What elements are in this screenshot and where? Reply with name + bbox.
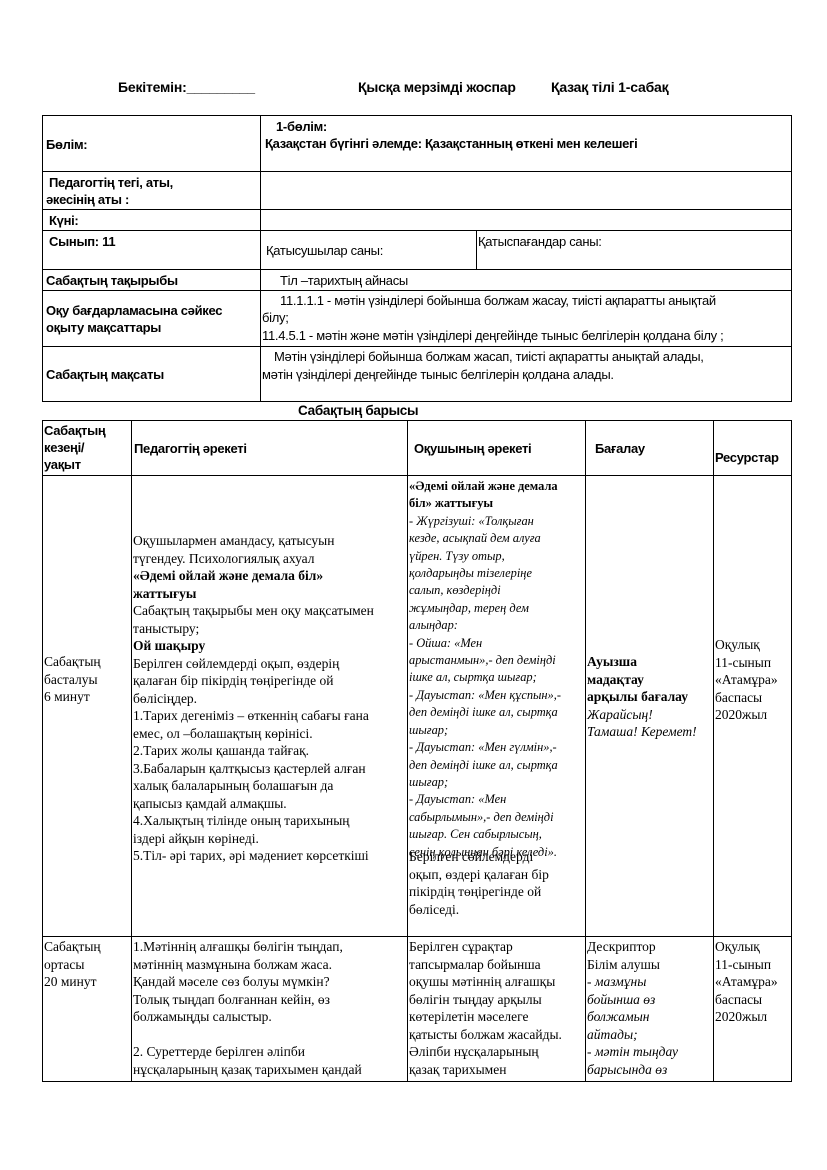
objectives-label-cell: Оқу бағдарламасына сәйкес оқыту мақсатта… <box>42 290 261 347</box>
text-line: «Атамұра» <box>715 671 778 689</box>
text-line: 1.Тарих дегеніміз – өткеннің сабағы ғана <box>133 707 374 725</box>
objective-2: 11.4.5.1 - мәтін және мәтін үзінділері д… <box>262 327 723 344</box>
date-value-field[interactable] <box>260 209 792 231</box>
text-line: 2020жыл <box>715 1008 778 1026</box>
header-assessment-text: Бағалау <box>595 440 645 457</box>
text-line: арыстанмын»,- деп деміңді <box>409 652 561 669</box>
text-line: басталуы <box>44 671 101 689</box>
header-resources: Ресурстар <box>713 420 792 476</box>
text-line: «Әдемі ойлай және демала біл» <box>133 567 374 585</box>
teacher-label-line2: әкесінің аты : <box>46 191 129 208</box>
row2-stage-cell: Сабақтыңортасы 20 минут <box>42 936 132 1082</box>
row1-teacher-action: Оқушылармен амандасу, қатысуынтүгендеу. … <box>133 532 374 865</box>
text-line: болжамын <box>587 1008 678 1026</box>
text-line: 11-сынып <box>715 654 778 672</box>
text-line: «Атамұра» <box>715 973 778 991</box>
row1-assessment-cell: Ауызшамадақтауарқылы бағалауЖарайсың!Там… <box>585 475 714 937</box>
section-title: Қазақстан бүгінгі әлемде: Қазақстанның ө… <box>265 135 637 152</box>
teacher-value-field[interactable] <box>260 171 792 210</box>
text-line: іздері айқын көрінеді. <box>133 830 374 848</box>
subject-title: Қазақ тілі 1-сабақ <box>551 79 668 95</box>
topic-label: Сабақтың тақырыбы <box>46 272 178 289</box>
text-line: жаттығуы <box>133 585 374 603</box>
row1-resources: Оқулық11-сынып«Атамұра»баспасы2020жыл <box>715 636 778 724</box>
row2-assessment-cell: ДескрипторБілім алушы- мазмұныбойынша өз… <box>585 936 714 1082</box>
header-teacher-action: Педагогтің әрекеті <box>131 420 408 476</box>
goal-label: Сабақтың мақсаты <box>46 366 164 383</box>
text-line: түгендеу. Психологиялық ахуал <box>133 550 374 568</box>
text-line: кезде, асықпай дем алуға <box>409 530 561 547</box>
text-line: ішке ал, сыртқа шығар; <box>409 669 561 686</box>
text-line: тапсырмалар бойынша <box>409 956 562 974</box>
row2-student-action: Берілген сұрақтартапсырмалар бойыншаоқуш… <box>409 938 562 1078</box>
objectives-label-line1: Оқу бағдарламасына сәйкес <box>46 302 222 319</box>
present-count-cell[interactable]: Қатысушылар саны: <box>260 230 477 270</box>
text-line: барысында өз <box>587 1061 678 1079</box>
text-line: - Дауыстап: «Мен <box>409 791 561 808</box>
text-line: «Әдемі ойлай және демала <box>409 478 561 495</box>
text-line: Білім алушы <box>587 956 678 974</box>
text-line: шығар; <box>409 722 561 739</box>
text-line: - Жүргізуші: «Толқыған <box>409 513 561 530</box>
text-line: Толық тыңдап болғаннан кейін, өз <box>133 991 362 1009</box>
text-line: мәтіннің мазмұнына болжам жаса. <box>133 956 362 974</box>
text-line: қатысты болжам жасайды. <box>409 1026 562 1044</box>
objective-1-line1: 11.1.1.1 - мәтін үзінділері бойынша болж… <box>280 292 716 309</box>
text-line: айтады; <box>587 1026 678 1044</box>
objectives-value-cell: 11.1.1.1 - мәтін үзінділері бойынша болж… <box>260 290 792 347</box>
text-line: Дескриптор <box>587 938 678 956</box>
goal-line2: мәтін үзінділері деңгейінде тыныс белгіл… <box>262 366 614 383</box>
text-line: Берілген сөйлемдерді <box>409 848 549 866</box>
header-resources-text: Ресурстар <box>715 449 779 466</box>
text-line: 1.Мәтіннің алғашқы бөлігін тыңдап, <box>133 938 362 956</box>
text-line: Жарайсың! <box>587 706 697 724</box>
row1-student-action: «Әдемі ойлай және демалабіл» жаттығуы- Ж… <box>409 478 561 861</box>
text-line: біл» жаттығуы <box>409 495 561 512</box>
text-line: қазақ тарихымен <box>409 1061 562 1079</box>
text-line: халық балаларының болашағын да <box>133 777 374 795</box>
text-line: Сабақтың <box>44 422 105 439</box>
row2-student-cell: Берілген сұрақтартапсырмалар бойыншаоқуш… <box>407 936 586 1082</box>
text-line: 2.Тарих жолы қашанда тайғақ. <box>133 742 374 760</box>
text-line: емес, ол –болашақтың көрінісі. <box>133 725 374 743</box>
goal-line1: Мәтін үзінділері бойынша болжам жасап, т… <box>274 348 704 365</box>
section-label: Бөлім: <box>46 136 87 153</box>
text-line: 6 минут <box>44 688 101 706</box>
text-line: бөлігін тыңдау арқылы <box>409 991 562 1009</box>
text-line: ортасы <box>44 956 101 974</box>
text-line: үйрен. Түзу отыр, <box>409 548 561 565</box>
text-line: қапысыз қамдай алмақшы. <box>133 795 374 813</box>
row1-assessment: Ауызшамадақтауарқылы бағалауЖарайсың!Там… <box>587 653 697 741</box>
text-line: оқып, өздері қалаған бір <box>409 866 549 884</box>
text-line: 5.Тіл- әрі тарих, әрі мәдениет көрсеткіш… <box>133 847 374 865</box>
date-label-cell: Күні: <box>42 209 261 231</box>
row1-teacher-cell: Оқушылармен амандасу, қатысуынтүгендеу. … <box>131 475 408 937</box>
text-line: арқылы бағалау <box>587 688 697 706</box>
text-line: шығар; <box>409 774 561 791</box>
text-line: Оқулық <box>715 636 778 654</box>
row2-teacher-action: 1.Мәтіннің алғашқы бөлігін тыңдап,мәтінн… <box>133 938 362 1078</box>
text-line: бойынша өз <box>587 991 678 1009</box>
text-line: бөліседі. <box>409 901 549 919</box>
row2-resources: Оқулық11-сынып«Атамұра»баспасы2020жыл <box>715 938 778 1026</box>
text-line: 20 минут <box>44 973 101 991</box>
goal-value-cell: Мәтін үзінділері бойынша болжам жасап, т… <box>260 346 792 402</box>
text-line: уақыт <box>44 456 105 473</box>
text-line: жұмыңдар, терең дем <box>409 600 561 617</box>
approval-label: Бекітемін:_________ <box>118 79 255 95</box>
text-line: - мәтін тыңдау <box>587 1043 678 1061</box>
text-line: Сабақтың тақырыбы мен оқу мақсатымен <box>133 602 374 620</box>
absent-count-label: Қатыспағандар саны: <box>478 233 602 250</box>
text-line: Оқушылармен амандасу, қатысуын <box>133 532 374 550</box>
absent-count-cell[interactable]: Қатыспағандар саны: <box>476 230 792 270</box>
text-line: нұсқаларының қазақ тарихымен қандай <box>133 1061 362 1079</box>
text-line: кезеңі/ <box>44 439 105 456</box>
text-line: Сабақтың <box>44 938 101 956</box>
text-line: пікірдің төңірегінде ой <box>409 883 549 901</box>
text-line: Ауызша <box>587 653 697 671</box>
row2-assessment: ДескрипторБілім алушы- мазмұныбойынша өз… <box>587 938 678 1078</box>
text-line: мадақтау <box>587 671 697 689</box>
section-number: 1-бөлім: <box>276 118 327 135</box>
text-line: алыңдар: <box>409 617 561 634</box>
topic-label-cell: Сабақтың тақырыбы <box>42 269 261 291</box>
row1-student-extra: Берілген сөйлемдердіоқып, өздері қалаған… <box>409 848 549 918</box>
row1-student-cell: «Әдемі ойлай және демалабіл» жаттығуы- Ж… <box>407 475 586 937</box>
text-line: Оқулық <box>715 938 778 956</box>
text-line: баспасы <box>715 689 778 707</box>
text-line: Берілген сұрақтар <box>409 938 562 956</box>
teacher-label-cell: Педагогтің тегі, аты, әкесінің аты : <box>42 171 261 210</box>
text-line: Берілген сөйлемдерді оқып, өздерің <box>133 655 374 673</box>
text-line: сабырлымын»,- деп деміңді <box>409 809 561 826</box>
text-line: - Дауыстап: «Мен құспын»,- <box>409 687 561 704</box>
text-line: бөлісіңдер. <box>133 690 374 708</box>
text-line: Сабақтың <box>44 653 101 671</box>
class-label-cell: Сынып: 11 <box>42 230 261 270</box>
text-line: салып, көздеріңді <box>409 582 561 599</box>
text-line: 3.Бабаларын қалтқысыз қастерлей алған <box>133 760 374 778</box>
text-line: Ой шақыру <box>133 637 374 655</box>
topic-value-cell: Тіл –тарихтың айнасы <box>260 269 792 291</box>
text-line: 2. Суреттерде берілген әліпби <box>133 1043 362 1061</box>
row2-teacher-cell: 1.Мәтіннің алғашқы бөлігін тыңдап,мәтінн… <box>131 936 408 1082</box>
header-assessment: Бағалау <box>585 420 714 476</box>
text-line: таныстыру; <box>133 620 374 638</box>
text-line: - мазмұны <box>587 973 678 991</box>
text-line: деп деміңді ішке ал, сыртқа <box>409 757 561 774</box>
text-line: шығар. Сен сабырлысың, <box>409 826 561 843</box>
progress-section-title: Сабақтың барысы <box>298 403 418 418</box>
plan-title: Қысқа мерзімді жоспар <box>358 79 516 95</box>
text-line: 4.Халықтың тілінде оның тарихының <box>133 812 374 830</box>
text-line: қалаған бір пікірдің төңірегінде ой <box>133 672 374 690</box>
header-teacher-action-text: Педагогтің әрекеті <box>134 440 247 457</box>
row1-stage-cell: Сабақтың басталуы 6 минут <box>42 475 132 937</box>
text-line: болжамыңды салыстыр. <box>133 1008 362 1026</box>
row2-resources-cell: Оқулық11-сынып«Атамұра»баспасы2020жыл <box>713 936 792 1082</box>
text-line: - Дауыстап: «Мен гүлмін»,- <box>409 739 561 756</box>
section-label-cell: Бөлім: <box>42 115 261 172</box>
topic-value: Тіл –тарихтың айнасы <box>280 272 408 289</box>
goal-label-cell: Сабақтың мақсаты <box>42 346 261 402</box>
text-line <box>133 1026 362 1044</box>
objectives-label-line2: оқыту мақсаттары <box>46 319 161 336</box>
text-line: қолдарыңды тізелеріңе <box>409 565 561 582</box>
text-line: Әліпби нұсқаларының <box>409 1043 562 1061</box>
text-line: 2020жыл <box>715 706 778 724</box>
text-line: оқушы мәтіннің алғашқы <box>409 973 562 991</box>
text-line: баспасы <box>715 991 778 1009</box>
row2-stage: Сабақтыңортасы 20 минут <box>44 938 101 991</box>
text-line: Тамаша! Керемет! <box>587 723 697 741</box>
text-line: Қандай мәселе сөз болуы мүмкін? <box>133 973 362 991</box>
header-stage: Сабақтыңкезеңі/уақыт <box>42 420 132 476</box>
date-label: Күні: <box>49 212 78 229</box>
text-line: деп деміңді ішке ал, сыртқа <box>409 704 561 721</box>
text-line: көтерілетін мәселеге <box>409 1008 562 1026</box>
row1-stage: Сабақтың басталуы 6 минут <box>44 653 101 706</box>
text-line: 11-сынып <box>715 956 778 974</box>
objective-1-line2: білу; <box>262 309 289 326</box>
teacher-label-line1: Педагогтің тегі, аты, <box>49 174 173 191</box>
present-count-label: Қатысушылар саны: <box>266 242 383 259</box>
class-label: Сынып: 11 <box>49 233 115 250</box>
section-value-cell: 1-бөлім: Қазақстан бүгінгі әлемде: Қазақ… <box>260 115 792 172</box>
row1-resources-cell: Оқулық11-сынып«Атамұра»баспасы2020жыл <box>713 475 792 937</box>
header-stage-text: Сабақтыңкезеңі/уақыт <box>44 422 105 473</box>
header-student-action: Оқушының әрекеті <box>407 420 586 476</box>
header-student-action-text: Оқушының әрекеті <box>414 440 531 457</box>
text-line: - Ойша: «Мен <box>409 635 561 652</box>
